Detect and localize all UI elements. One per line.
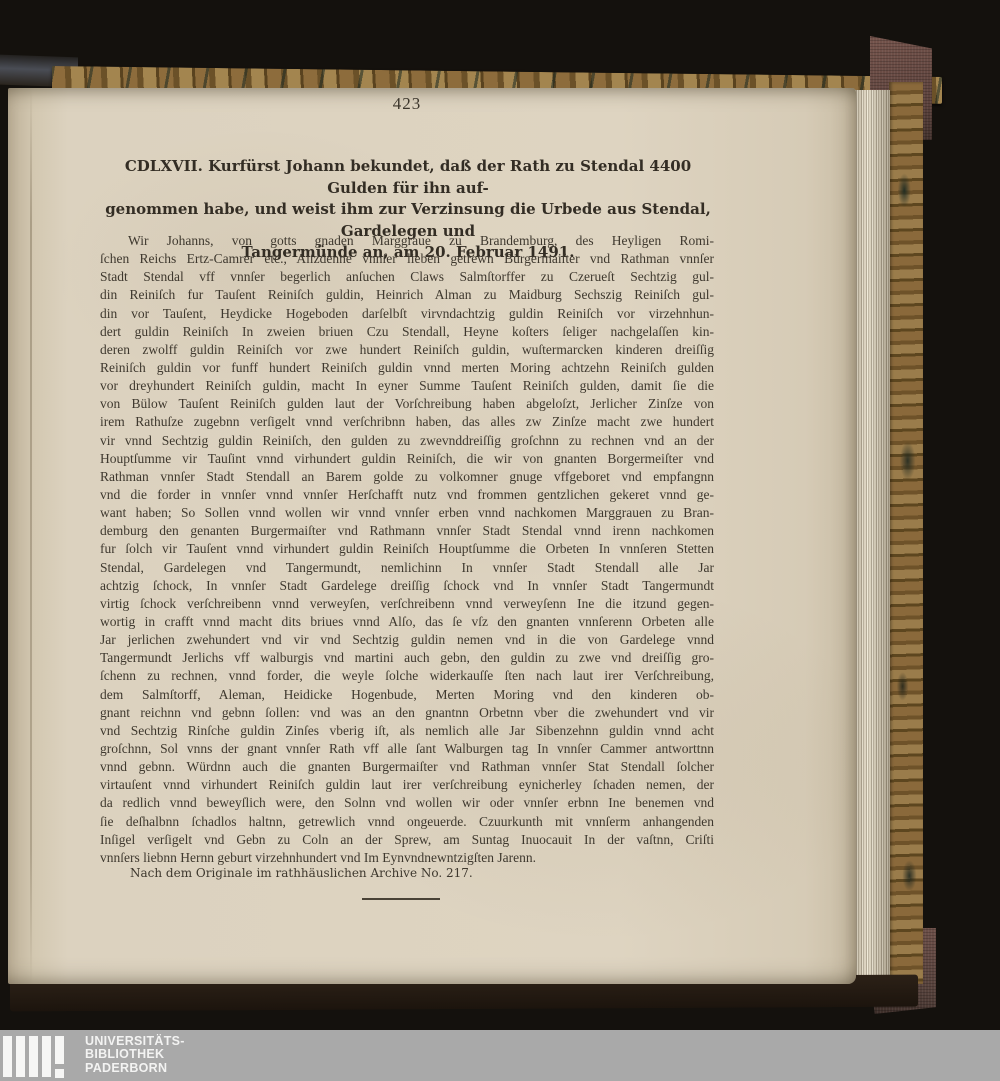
body-line: vor dreyhundert Reiniſch guldin, macht I…	[100, 377, 714, 395]
body-line: vnd Sechtzig Rinſche guldin Zinſes vberi…	[100, 722, 714, 740]
body-line: vir vnnd Sechtzig guldin Reiniſch, den g…	[100, 432, 714, 450]
page-number: 423	[100, 94, 714, 114]
logo-bar-icon	[42, 1036, 51, 1077]
library-name-line: UNIVERSITÄTS-	[85, 1035, 185, 1048]
body-line: fur ſolch vir Tauſent vnnd virhundert gu…	[100, 540, 714, 558]
body-line: Reiniſch guldin vor funff hundert Reiniſ…	[100, 359, 714, 377]
body-line: vnnd gebnn. Würdnn auch die gnanten Burg…	[100, 758, 714, 776]
body-line: vnnſers liebnn Hernn geburt virzehnhunde…	[100, 849, 714, 867]
body-line: groſchnn, Sol vnns der gnant vnnſer Rath…	[100, 740, 714, 758]
page-gutter-crease	[30, 88, 32, 984]
library-name: UNIVERSITÄTS- BIBLIOTHEK PADERBORN	[85, 1035, 185, 1075]
scanned-book-photo: 423 CDLXVII. Kurfürst Johann bekundet, d…	[0, 0, 1000, 1081]
library-watermark-band: UNIVERSITÄTS- BIBLIOTHEK PADERBORN	[0, 1030, 1000, 1081]
body-line: Wir Johanns, von gotts gnaden Marggraue …	[100, 232, 714, 250]
body-line: deren zwolff guldin Reiniſch vor zwe hun…	[100, 341, 714, 359]
body-line: Stadt Stendal vff vnnſer begerlich anſuc…	[100, 268, 714, 286]
body-line: din vor Tauſent, Heydicke Hogeboden darſ…	[100, 305, 714, 323]
body-line: da redlich vnnd beweyſlich were, den Sol…	[100, 794, 714, 812]
body-line: ſchen Reichs Ertz-Camrer etc., Alſzdenne…	[100, 250, 714, 268]
section-divider-rule	[362, 898, 440, 900]
body-line: gnant reichnn vnd gebnn ſollen: vnd was …	[100, 704, 714, 722]
body-line: irem Rathuſze zugebnn verſigelt vnnd ver…	[100, 413, 714, 431]
body-line: Houptſumme vir Tauſint vnnd virhundert g…	[100, 450, 714, 468]
body-line: wortig in crafft vnnd macht dits briues …	[100, 613, 714, 631]
logo-bar-icon	[16, 1036, 25, 1077]
body-line: din Reiniſch fur Tauſent Reiniſch guldin…	[100, 286, 714, 304]
book-cover-right-edge	[889, 82, 923, 984]
body-line: want haben; So Sollen vnnd wollen wir vn…	[100, 504, 714, 522]
book-page: 423 CDLXVII. Kurfürst Johann bekundet, d…	[8, 88, 856, 984]
body-line: demburg den genanten Burgermaiſter vnd R…	[100, 522, 714, 540]
body-line: virtig ſchock verſchreibenn vnnd verweyſ…	[100, 595, 714, 613]
body-line: Inſigel verſigelt vnd Gebn zu Coln an de…	[100, 831, 714, 849]
page-stack-edge	[852, 90, 890, 982]
logo-bar-icon	[3, 1036, 12, 1077]
heading-line: CDLXVII. Kurfürst Johann bekundet, daß d…	[98, 156, 718, 199]
body-line: vnd die forder in vnnſer vnnd vnnſer Her…	[100, 486, 714, 504]
body-line: Rathman vnnſer Stadt Stendall an Barem g…	[100, 468, 714, 486]
logo-exclamation-icon	[55, 1036, 64, 1064]
body-line: Tangermundt Jerlichs vff walburgis vnd m…	[100, 649, 714, 667]
body-line: von Bülow Tauſent Reiniſch gulden laut d…	[100, 395, 714, 413]
logo-exclamation-dot-icon	[55, 1069, 64, 1078]
body-line: dem Salmſtorff, Aleman, Heidicke Hogenbu…	[100, 686, 714, 704]
body-line: dert guldin Reiniſch In zweien briuen Cz…	[100, 323, 714, 341]
charter-body-text: Wir Johanns, von gotts gnaden Marggraue …	[100, 232, 714, 867]
body-line: Stendal, Gardelegen vnd Tangermundt, nem…	[100, 559, 714, 577]
body-line: virtauſent vnnd virhundert Reiniſch guld…	[100, 776, 714, 794]
source-footnote: Nach dem Originale im rathhäuslichen Arc…	[130, 866, 473, 880]
body-line: Jar jerlichen zwehundert vnd vir vnd Sec…	[100, 631, 714, 649]
body-line: ſchenn zu rechnen, vnnd forder, die weyl…	[100, 667, 714, 685]
library-name-line: PADERBORN	[85, 1062, 185, 1075]
body-line: ſie deſhalbnn ſchadlos haltnn, getrewlic…	[100, 813, 714, 831]
logo-bar-icon	[29, 1036, 38, 1077]
body-line: achtzig ſchock, In vnnſer Stadt Gardeleg…	[100, 577, 714, 595]
library-name-line: BIBLIOTHEK	[85, 1048, 185, 1061]
